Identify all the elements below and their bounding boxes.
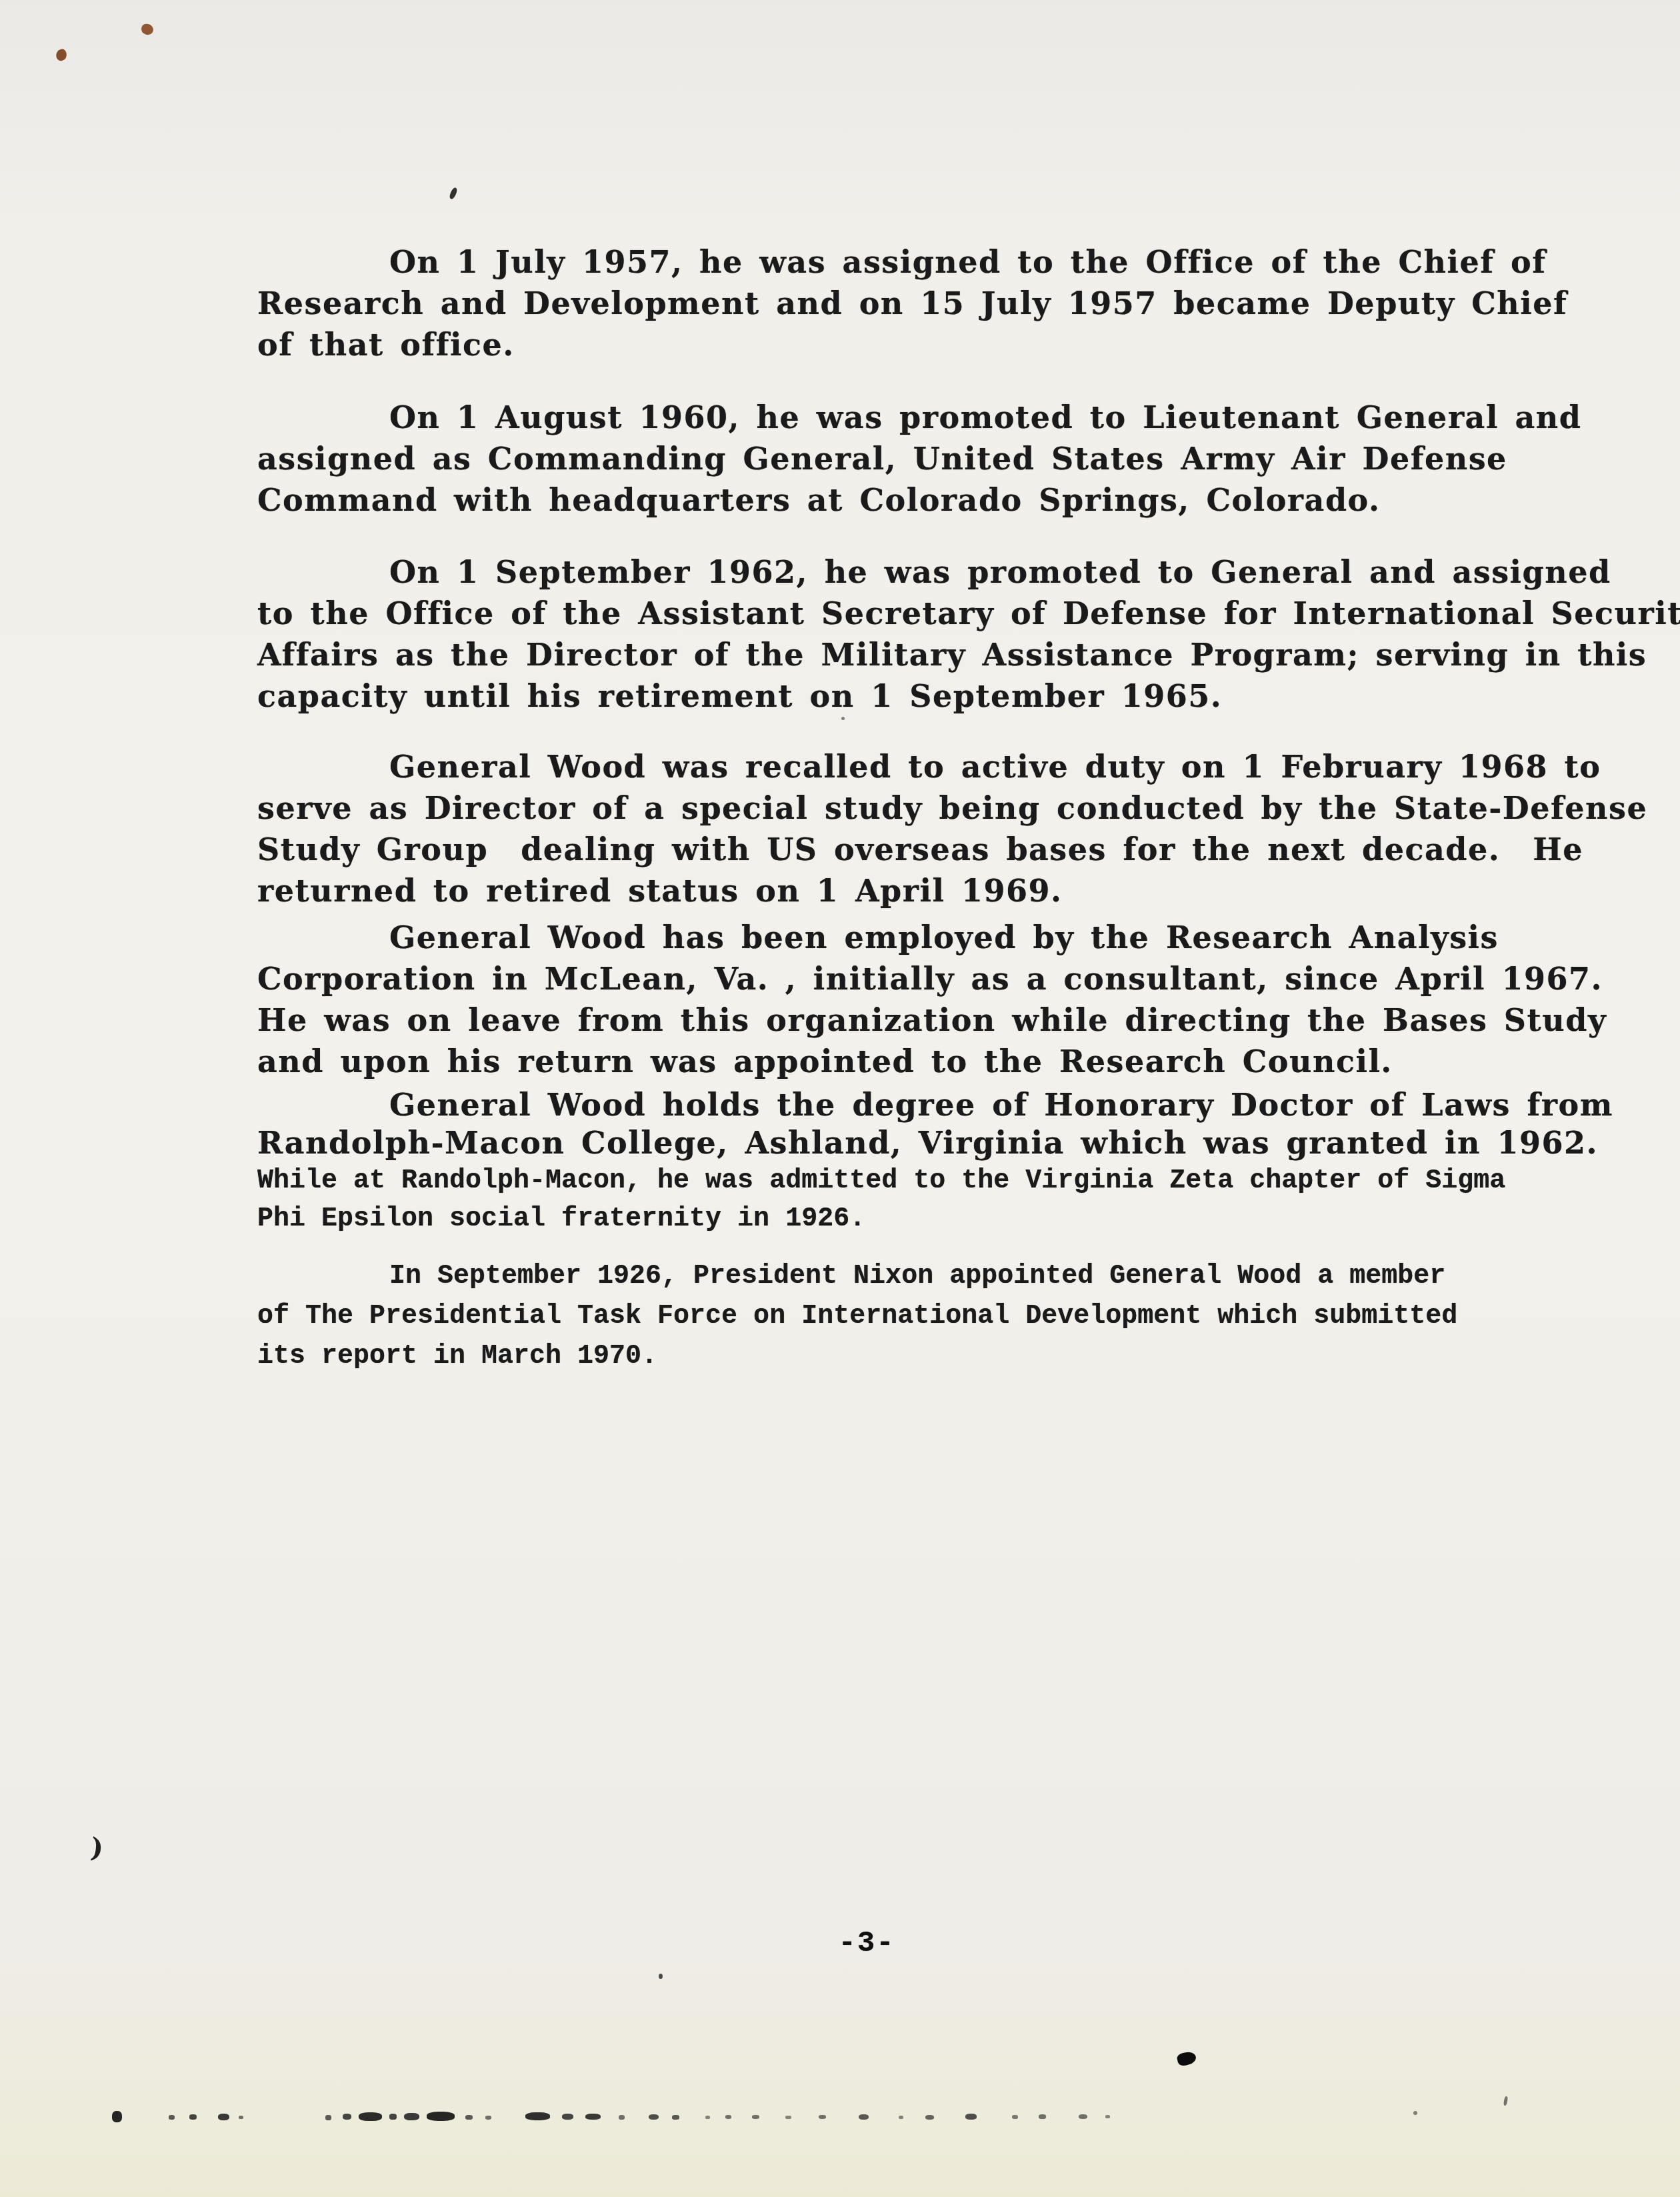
smudge-dash — [427, 2112, 455, 2121]
rust-speck — [141, 23, 155, 35]
artifact-layer: ) — [0, 0, 1680, 2197]
smudge-dash — [925, 2115, 934, 2120]
smudge-dash — [1079, 2114, 1087, 2119]
smudge-dash — [725, 2115, 731, 2119]
smudge-dash — [169, 2115, 175, 2120]
ink-blob — [1176, 2050, 1197, 2067]
smudge-dash — [343, 2114, 351, 2120]
rust-speck — [55, 48, 68, 62]
document-page: On 1 July 1957, he was assigned to the O… — [0, 0, 1680, 2197]
smudge-dash — [465, 2115, 473, 2120]
smudge-dash — [485, 2116, 491, 2120]
smudge-dash — [705, 2116, 710, 2119]
smudge-dash — [562, 2114, 573, 2120]
smudge-dash — [325, 2115, 331, 2120]
smudge-dash — [389, 2114, 397, 2120]
smudge-dash — [1105, 2115, 1110, 2118]
smudge-dash — [649, 2114, 659, 2120]
smudge-dash — [1012, 2115, 1018, 2119]
smudge-dash — [404, 2113, 419, 2120]
smudge-dash — [965, 2114, 977, 2120]
smudge-dash — [1039, 2114, 1046, 2119]
smudge-dash — [239, 2116, 243, 2119]
smudge-dash — [525, 2112, 550, 2120]
smudge-dash — [899, 2116, 903, 2119]
smudge-dash — [359, 2112, 382, 2121]
smudge-dash — [619, 2115, 625, 2120]
ink-speck — [1413, 2111, 1417, 2115]
smudge-dash — [859, 2114, 869, 2120]
smudge-dash — [785, 2116, 791, 2119]
ink-tick — [449, 187, 459, 200]
smudge-dash — [819, 2115, 826, 2119]
ink-speck — [659, 1974, 663, 1979]
smudge-dash — [672, 2115, 679, 2120]
smudge-dash — [112, 2111, 122, 2122]
ink-speck — [841, 717, 845, 720]
ink-comma: ) — [89, 1834, 105, 1862]
smudge-dash — [189, 2114, 197, 2120]
ink-tick — [1503, 2096, 1508, 2106]
smudge-dash — [218, 2114, 229, 2120]
smudge-dash — [585, 2114, 601, 2120]
smudge-dash — [752, 2115, 759, 2119]
